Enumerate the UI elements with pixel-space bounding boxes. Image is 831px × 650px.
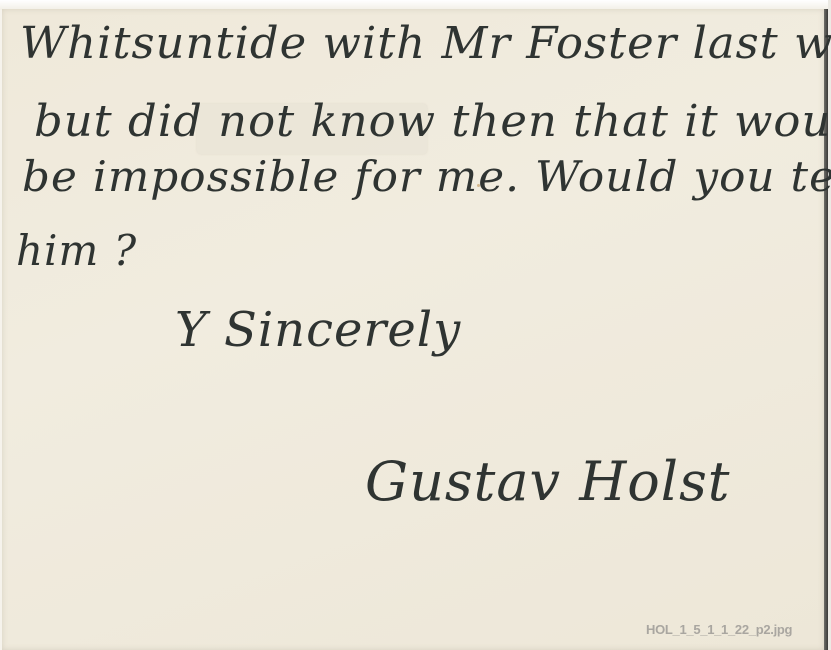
scanned-page: Whitsuntide with Mr Foster last week but… — [0, 0, 831, 650]
letter-signature: Gustav Holst — [365, 450, 730, 513]
letter-line-3: be impossible for me. Would you tell — [22, 152, 831, 201]
letter-closing: Y Sincerely — [175, 302, 461, 358]
letter-line-4: him ? — [16, 226, 137, 275]
letter-line-1: Whitsuntide with Mr Foster last week — [20, 18, 831, 69]
letter-line-2: but did not know then that it would — [34, 96, 831, 147]
image-filename-watermark: HOL_1_5_1_1_22_p2.jpg — [646, 622, 792, 637]
